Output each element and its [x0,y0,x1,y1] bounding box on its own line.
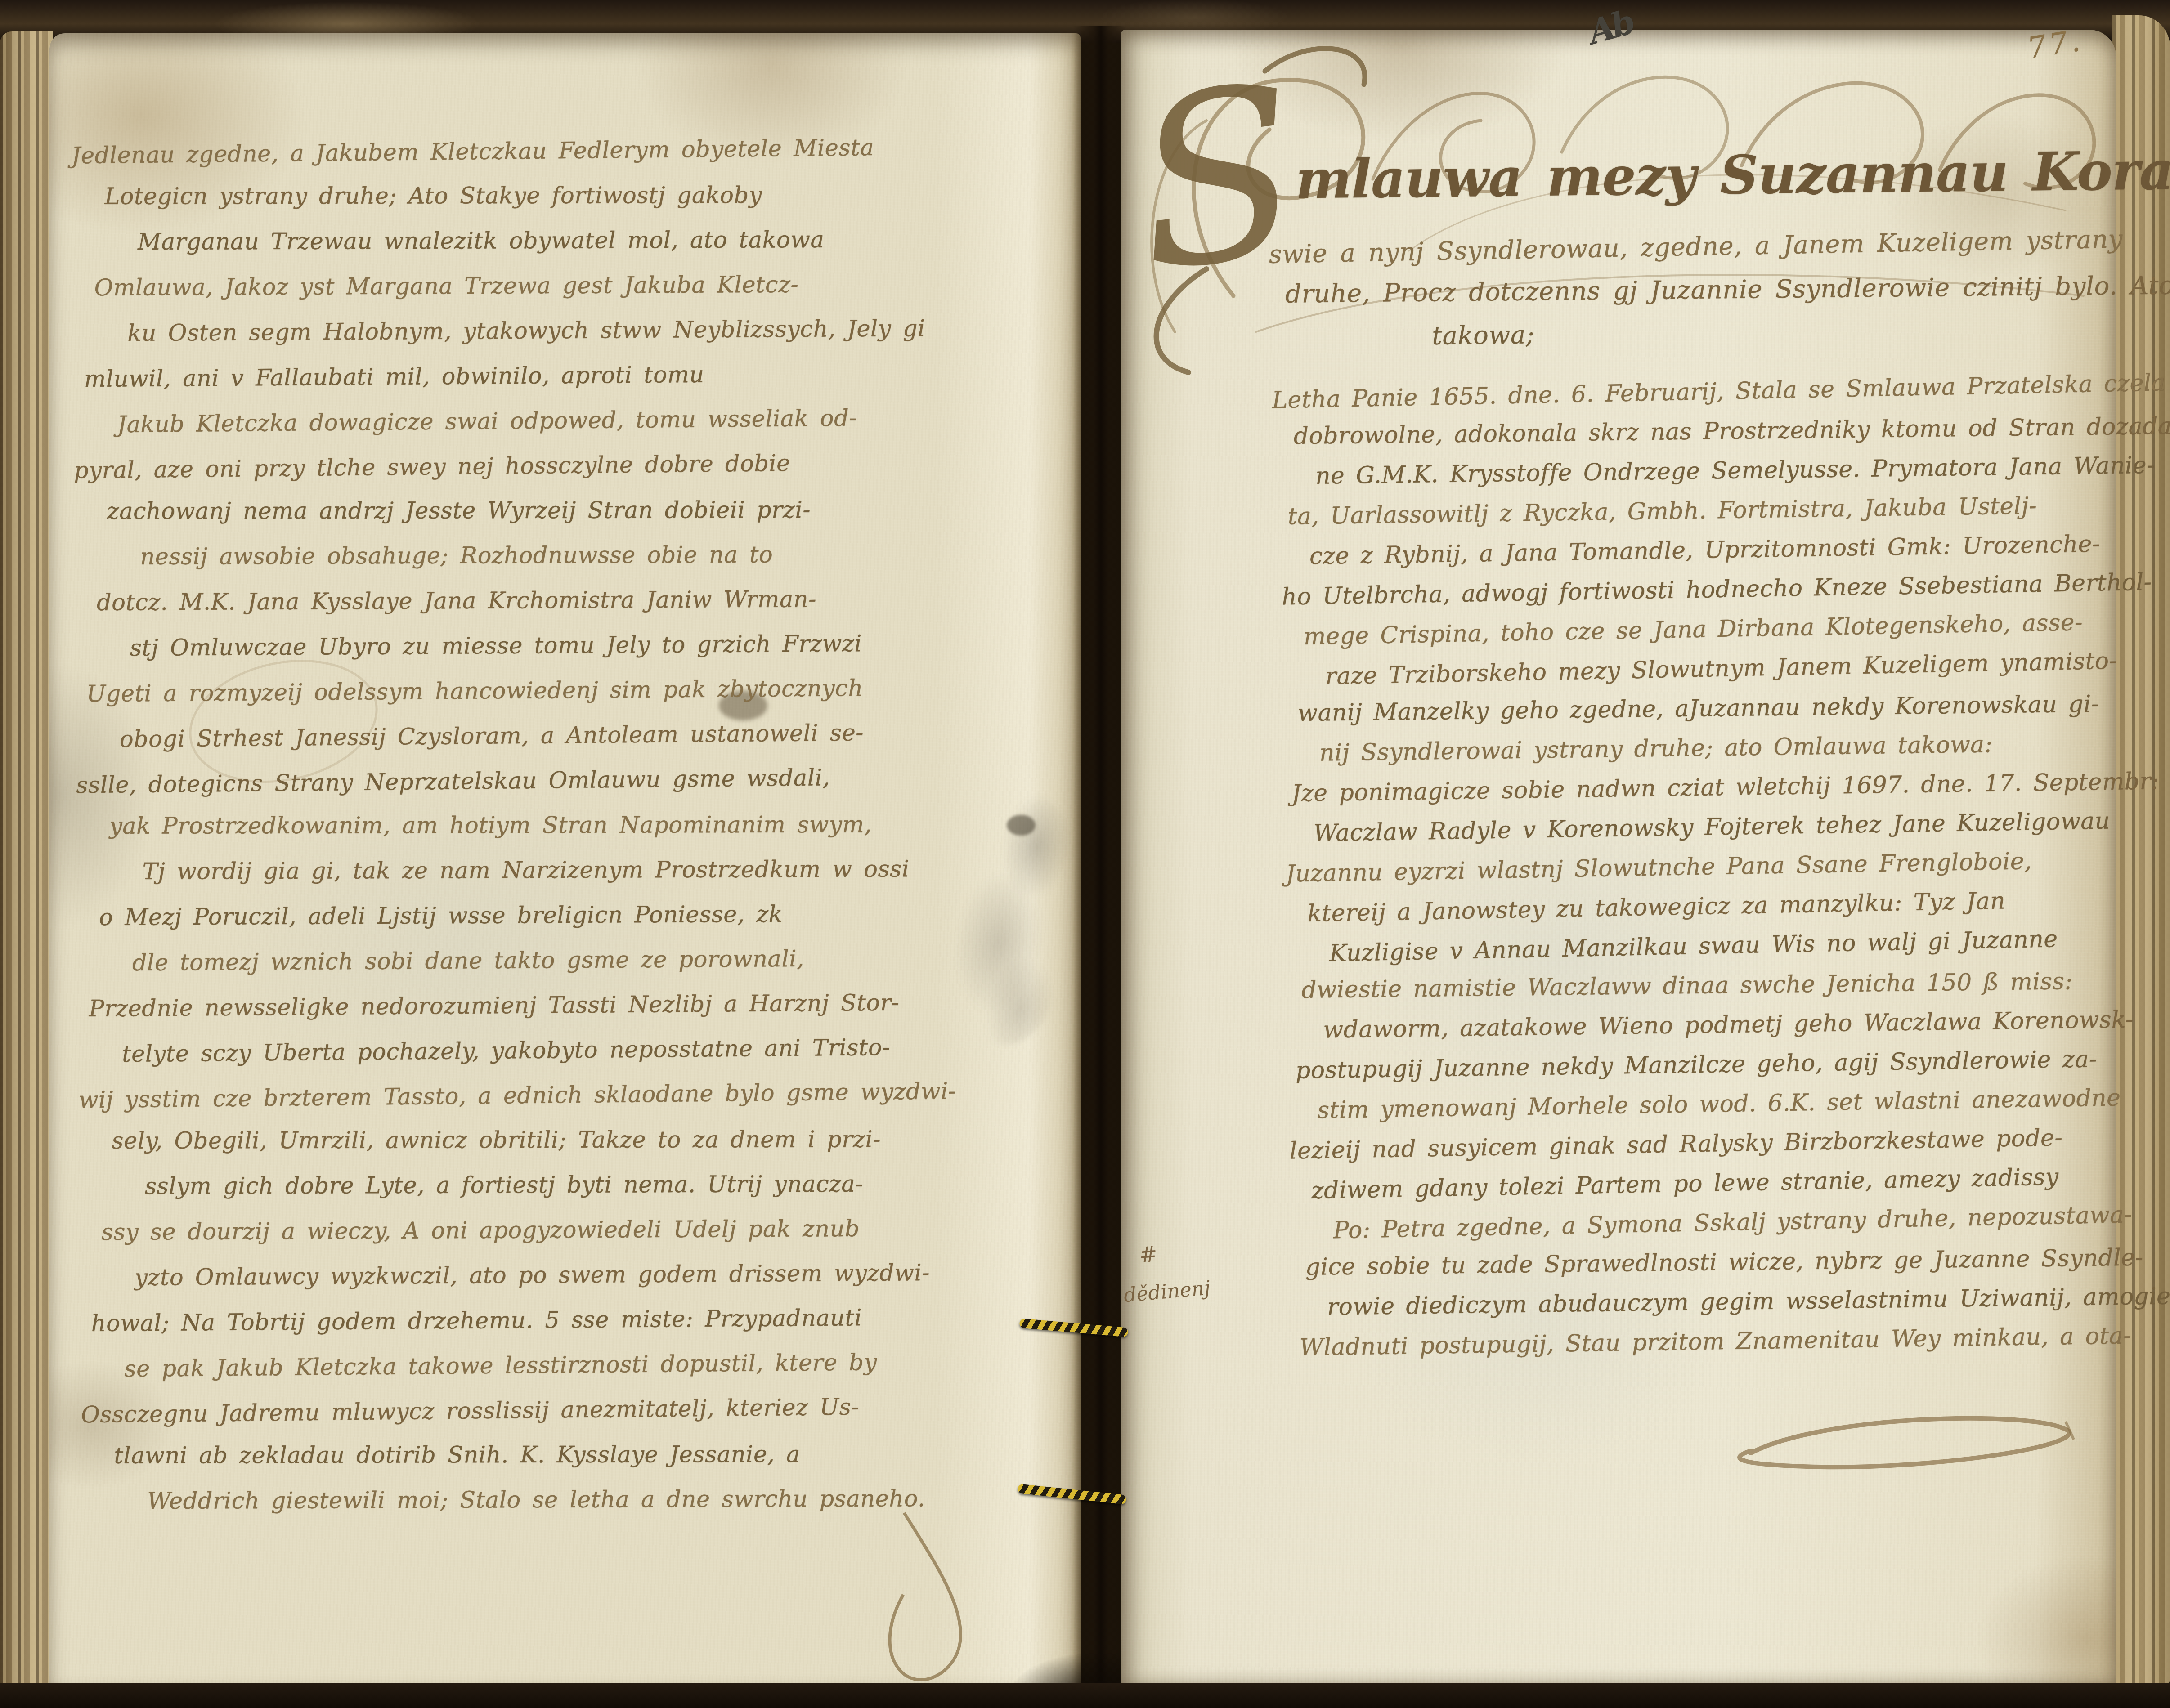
manuscript-line: yzto Omlauwcy wyzkwczil, ato po swem god… [135,1250,1070,1301]
manuscript-line: howal; Na Tobrtij godem drzehemu. 5 sse … [91,1294,1070,1346]
manuscript-line: wij ysstim cze brzterem Tassto, a ednich… [78,1068,1069,1123]
manuscript-line: Przednie newsseligke nedorozumienj Tasst… [89,979,1068,1032]
manuscript-line: sslym gich dobre Lyte, a fortiestj byti … [145,1161,1069,1209]
right-page: Ab 77. S mlauwa mezy Suzannau Koranow sw… [1121,30,2116,1689]
manuscript-book-spread: Jedlenau zgedne, a Jakubem Kletczkau Fed… [0,0,2170,1708]
manuscript-line: o Mezj Poruczil, adeli Ljstij wsse breli… [99,891,1067,940]
manuscript-line: stj Omluwczae Ubyro zu miesse tomu Jely … [130,620,1066,671]
manuscript-line: Tj wordij gia gi, tak ze nam Narzizenym … [142,846,1067,894]
manuscript-line: Omlauwa, Jakoz yst Margana Trzewa gest J… [94,261,1063,311]
manuscript-line: zachowanj nema andrzj Jesste Wyrzeij Str… [107,487,1065,534]
manuscript-line: Weddrich giestewili moi; Stalo se letha … [147,1476,1071,1524]
record-heading: mlauwa mezy Suzannau Koranow [1295,138,2170,210]
manuscript-line: Ossczegnu Jadremu mluwycz rosslissij ane… [81,1383,1071,1438]
page-edges-right-stack [2112,15,2170,1690]
manuscript-line: dle tomezj wznich sobi dane takto gsme z… [132,935,1068,986]
book-gutter-shadow [1073,26,1126,1692]
page-edges-left-stack [0,31,53,1691]
manuscript-line: mluwil, ani v Fallaubati mil, obwinilo, … [84,350,1065,402]
manuscript-line: tlawni ab zekladau dotirib Snih. K. Kyss… [114,1432,1071,1479]
manuscript-line: dotcz. M.K. Jana Kysslaye Jana Krchomist… [97,576,1066,626]
manuscript-line: nessij awsobie obsahuge; Rozhodnuwsse ob… [140,532,1065,580]
margin-note-text: dědinenj [1123,1277,1211,1307]
manuscript-line: sslle, dotegicns Strany Neprzatelskau Om… [76,753,1067,809]
manuscript-line: takowa; [1432,307,2103,358]
left-page-text-block: Jedlenau zgedne, a Jakubem Kletczkau Fed… [72,125,1072,1525]
manuscript-line: Lotegicn ystrany druhe; Ato Stakye forti… [104,173,1063,219]
manuscript-line: Marganau Trzewau wnalezitk obywatel mol,… [138,217,1063,265]
record-subheading: swie a nynj Ssyndlerowau, zgedne, a Jane… [1269,220,2103,361]
folio-number: 77. [2025,23,2085,66]
margin-note: # dědinenj [1119,1225,1273,1315]
right-page-text-block: Letha Panie 1655. dne. 6. Februarij, Sta… [1272,366,2116,1368]
manuscript-line: pyral, aze oni przy tlche swey nej hossc… [74,438,1065,494]
left-page: Jedlenau zgedne, a Jakubem Kletczkau Fed… [49,33,1081,1690]
book-binding-bottom-edge [0,1683,2170,1708]
manuscript-line: Ugeti a rozmyzeij odelssym hancowiedenj … [86,665,1067,717]
manuscript-line: ssy se dourzij a wieczy, A oni apogyzowi… [101,1206,1069,1255]
margin-note-symbol: # [1138,1225,1270,1275]
manuscript-line: sely, Obegili, Umrzili, awnicz obritili;… [112,1117,1069,1164]
manuscript-line: Jedlenau zgedne, a Jakubem Kletczkau Fed… [71,124,1063,179]
manuscript-line: ku Osten segm Halobnym, ytakowych stww N… [127,305,1064,356]
manuscript-line: yak Prostrzedkowanim, am hotiym Stran Na… [109,802,1067,849]
